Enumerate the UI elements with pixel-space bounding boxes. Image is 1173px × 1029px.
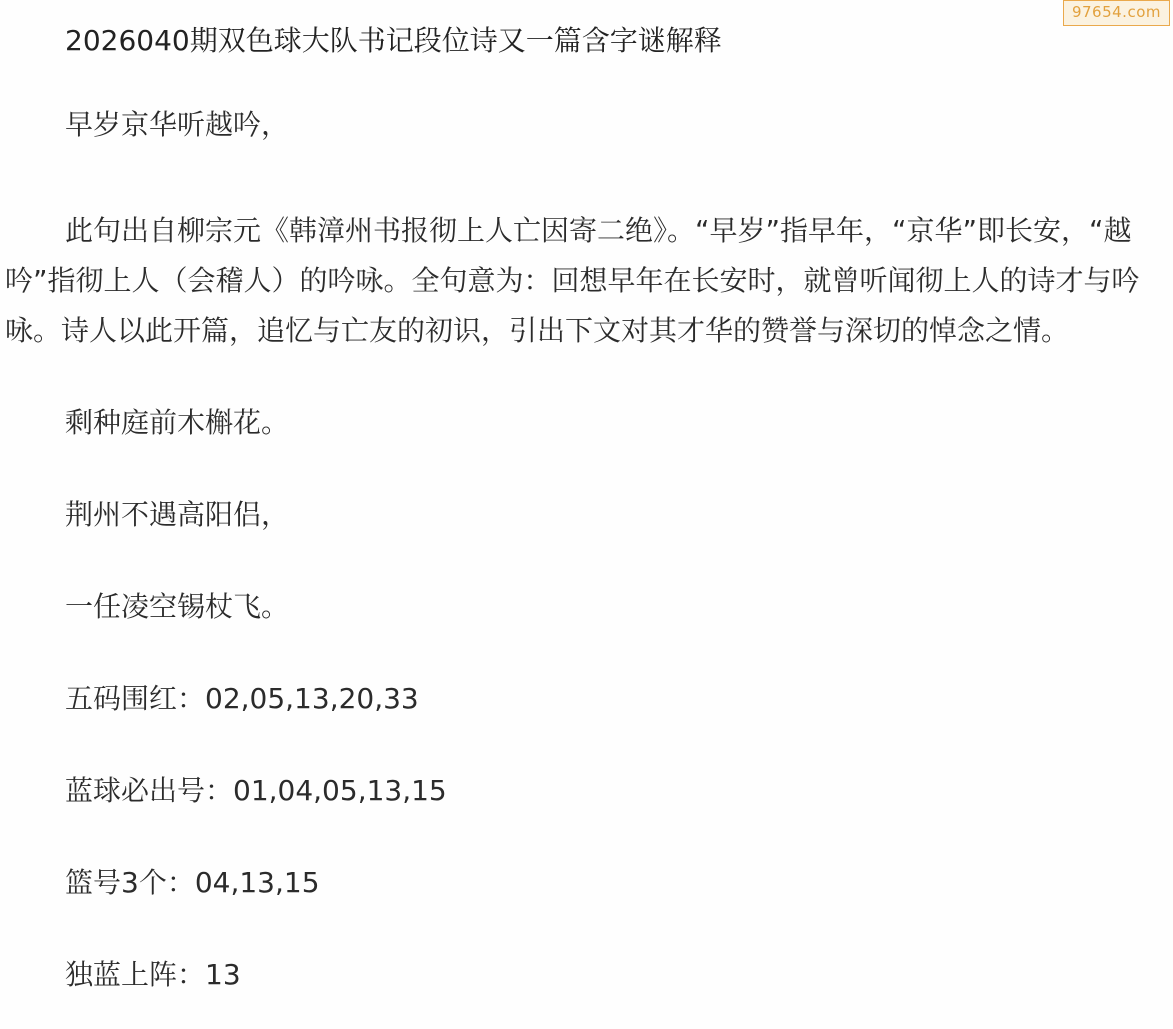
paragraph: 一任凌空锡杖飞。 <box>5 582 1163 632</box>
paragraph: 蓝球必出号：01,04,05,13,15 <box>5 766 1163 816</box>
paragraph: 五码围红：02,05,13,20,33 <box>5 674 1163 724</box>
paragraph: 篮号3个：04,13,15 <box>5 858 1163 908</box>
article-title: 2026040期双色球大队书记段位诗又一篇含字谜解释 <box>5 16 1163 66</box>
article-page: 97654.com 2026040期双色球大队书记段位诗又一篇含字谜解释 早岁京… <box>0 0 1173 1000</box>
paragraph: 剩种庭前木槲花。 <box>5 398 1163 448</box>
article-body: 早岁京华听越吟，此句出自柳宗元《韩漳州书报彻上人亡因寄二绝》。“早岁”指早年，“… <box>5 100 1163 1000</box>
paragraph: 此句出自柳宗元《韩漳州书报彻上人亡因寄二绝》。“早岁”指早年，“京华”即长安，“… <box>5 206 1163 356</box>
paragraph: 独蓝上阵：13 <box>5 950 1163 1000</box>
paragraph: 早岁京华听越吟， <box>5 100 1163 150</box>
paragraph: 荆州不遇高阳侣， <box>5 490 1163 540</box>
site-watermark-link[interactable]: 97654.com <box>1063 0 1170 26</box>
